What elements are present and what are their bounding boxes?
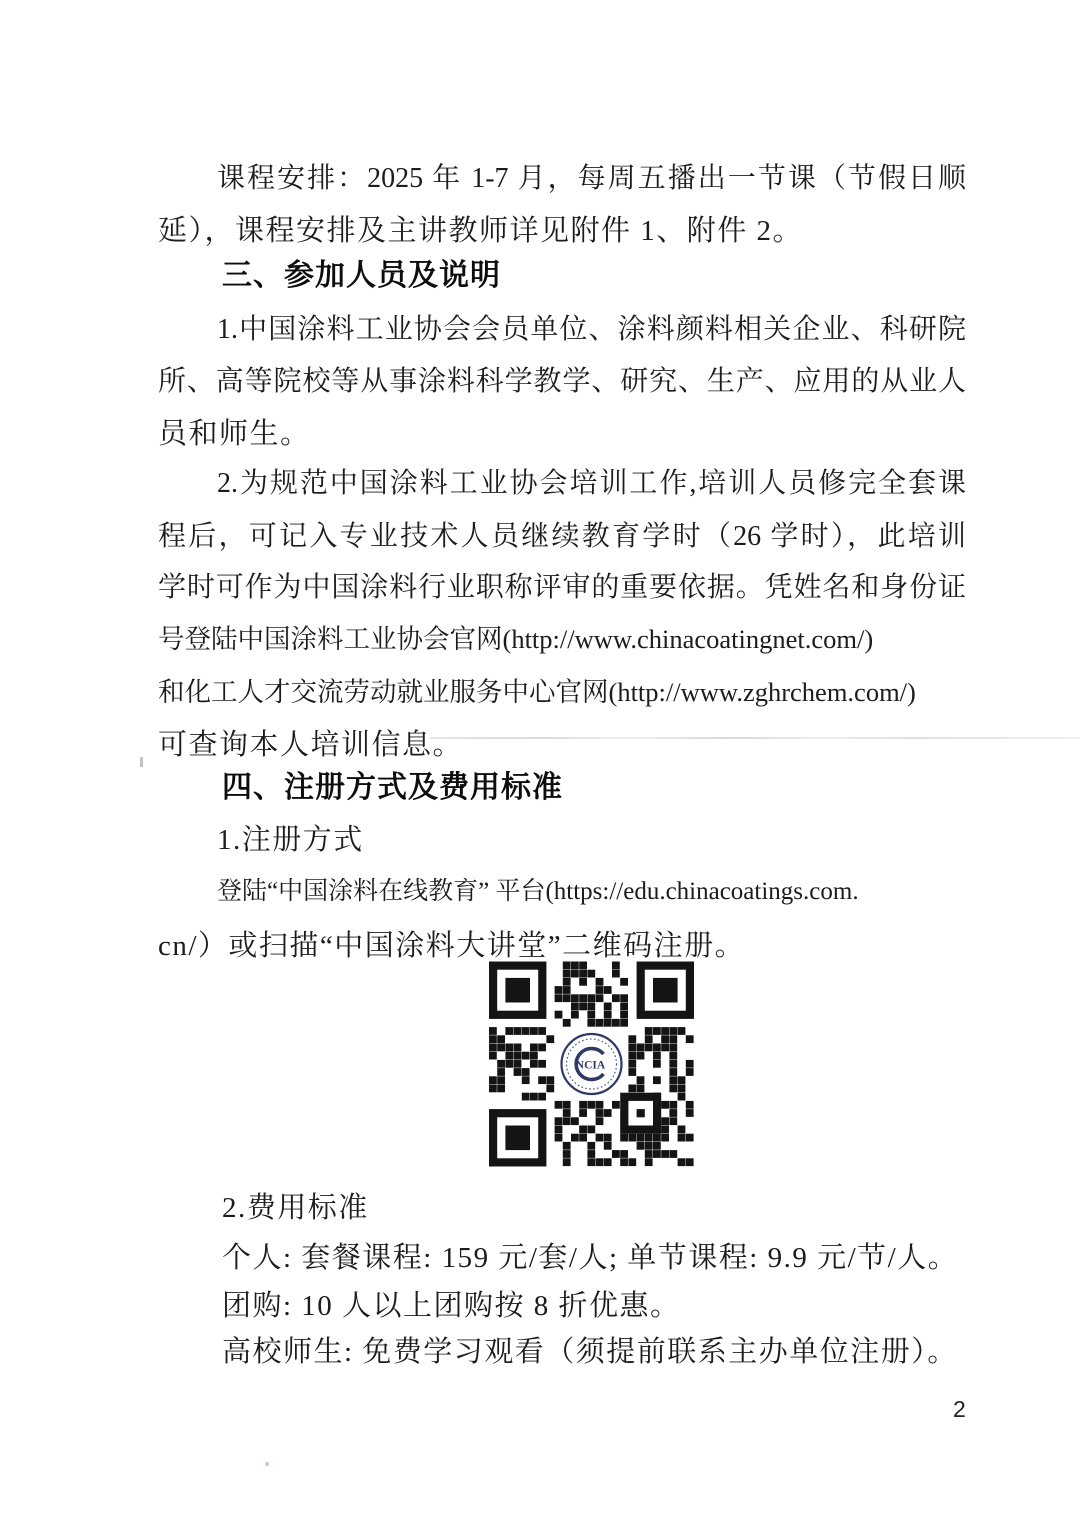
section-heading-participants: 三、参加人员及说明 [222, 257, 501, 295]
paragraph-line: 高校师生: 免费学习观看（须提前联系主办单位注册）。 [222, 1334, 958, 1370]
paragraph-line: 1.注册方式 [217, 822, 364, 858]
paragraph-line: 2.为规范中国涂料工业协会培训工作,培训人员修完全套课 [158, 466, 966, 501]
paragraph-line: 程后，可记入专业技术人员继续教育学时（26 学时），此培训 [158, 519, 966, 554]
section-heading-registration: 四、注册方式及费用标准 [222, 769, 563, 807]
svg-text:NCIA: NCIA [576, 1060, 606, 1072]
paragraph-line: 1.中国涂料工业协会会员单位、涂料颜料相关企业、科研院 [158, 312, 966, 347]
paragraph-line: 延），课程安排及主讲教师详见附件 1、附件 2。 [158, 213, 803, 249]
paragraph-line: cn/）或扫描“中国涂料大讲堂”二维码注册。 [158, 928, 745, 964]
scan-artifact-dot [265, 1462, 269, 1466]
paragraph-line: 可查询本人培训信息。 [158, 727, 463, 763]
paragraph-line: 课程安排：2025 年 1-7 月，每周五播出一节课（节假日顺 [158, 161, 966, 196]
paragraph-line: 团购: 10 人以上团购按 8 折优惠。 [222, 1288, 681, 1324]
paragraph-line: 个人: 套餐课程: 159 元/套/人; 单节课程: 9.9 元/节/人。 [222, 1240, 958, 1276]
page-number: 2 [953, 1396, 966, 1423]
scan-artifact-tick [140, 757, 143, 767]
scan-artifact-line [430, 737, 1080, 739]
qr-code-svg: NCIA [489, 961, 694, 1167]
paragraph-line-with-url: 号登陆中国涂料工业协会官网(http://www.chinacoatingnet… [158, 623, 873, 656]
paragraph-line: 员和师生。 [158, 416, 311, 452]
paragraph-line-with-url: 登陆“中国涂料在线教育” 平台(https://edu.chinacoating… [217, 876, 859, 907]
qr-code: NCIA [489, 961, 694, 1167]
document-page: 课程安排：2025 年 1-7 月，每周五播出一节课（节假日顺 延），课程安排及… [0, 0, 1080, 1527]
paragraph-line: 2.费用标准 [222, 1190, 369, 1226]
paragraph-line: 所、高等院校等从事涂料科学教学、研究、生产、应用的从业人 [158, 364, 966, 399]
paragraph-line-with-url: 和化工人才交流劳动就业服务中心官网(http://www.zghrchem.co… [158, 676, 916, 709]
paragraph-line: 学时可作为中国涂料行业职称评审的重要依据。凭姓名和身份证 [158, 570, 966, 605]
